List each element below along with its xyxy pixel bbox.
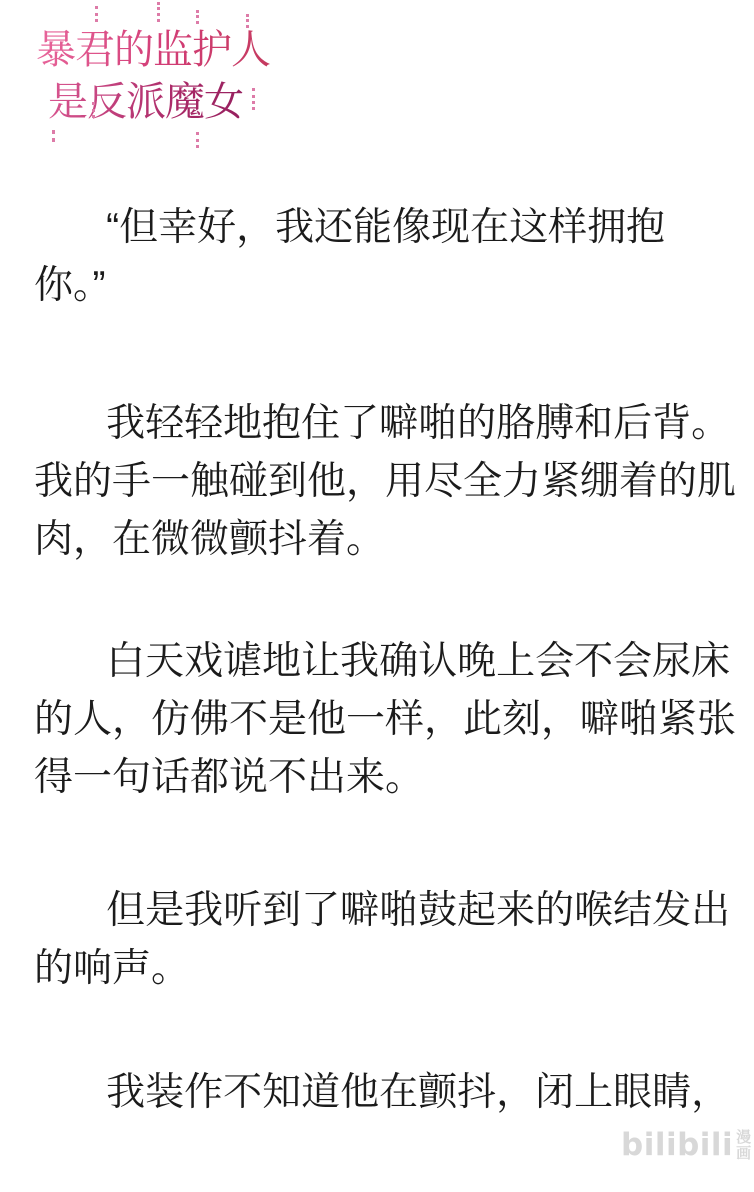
text-line: 的响声。 [34, 940, 734, 998]
logo-ornament [252, 88, 255, 110]
manhua-label: 漫画 [736, 1130, 753, 1162]
novel-text: “但幸好，我还能像现在这样拥抱你。”我轻轻地抱住了噼啪的胳膊和后背。我的手一触碰… [34, 199, 734, 1122]
logo-ornament [92, 102, 95, 118]
logo-ornament [52, 130, 55, 142]
series-title-line2: 是反派魔女 [48, 76, 270, 128]
paragraph: 但是我听到了噼啪鼓起来的喉结发出的响声。 [34, 882, 734, 998]
paragraph: 我装作不知道他在颤抖，闭上眼睛， [34, 1064, 734, 1122]
text-line: 的人，仿佛不是他一样，此刻，噼啪紧张 [34, 691, 734, 749]
logo-ornament [196, 132, 199, 148]
text-line: 我装作不知道他在颤抖，闭上眼睛， [34, 1064, 734, 1122]
bilibili-watermark: bilibili 漫画 [621, 1128, 753, 1162]
text-line: 我的手一触碰到他，用尽全力紧绷着的肌 [34, 453, 734, 511]
paragraph: 我轻轻地抱住了噼啪的胳膊和后背。我的手一触碰到他，用尽全力紧绷着的肌肉，在微微颤… [34, 395, 734, 569]
paragraph: “但幸好，我还能像现在这样拥抱你。” [34, 199, 734, 315]
logo-ornament [196, 10, 199, 24]
series-title-line1: 暴君的监护人 [36, 24, 270, 76]
text-line: 白天戏谑地让我确认晚上会不会尿床 [34, 633, 734, 691]
text-line: “但幸好，我还能像现在这样拥抱 [34, 199, 734, 257]
text-line: 你。” [34, 257, 734, 315]
paragraph: 白天戏谑地让我确认晚上会不会尿床的人，仿佛不是他一样，此刻，噼啪紧张得一句话都说… [34, 633, 734, 807]
reader-page: 暴君的监护人 是反派魔女 “但幸好，我还能像现在这样拥抱你。”我轻轻地抱住了噼啪… [0, 0, 754, 1192]
series-logo: 暴君的监护人 是反派魔女 [36, 24, 270, 128]
text-line: 得一句话都说不出来。 [34, 749, 734, 807]
text-line: 我轻轻地抱住了噼啪的胳膊和后背。 [34, 395, 734, 453]
logo-ornament [246, 14, 249, 28]
bilibili-wordmark: bilibili [621, 1128, 733, 1162]
logo-ornament [95, 6, 98, 22]
logo-ornament [157, 2, 160, 22]
text-line: 肉，在微微颤抖着。 [34, 511, 734, 569]
text-line: 但是我听到了噼啪鼓起来的喉结发出 [34, 882, 734, 940]
